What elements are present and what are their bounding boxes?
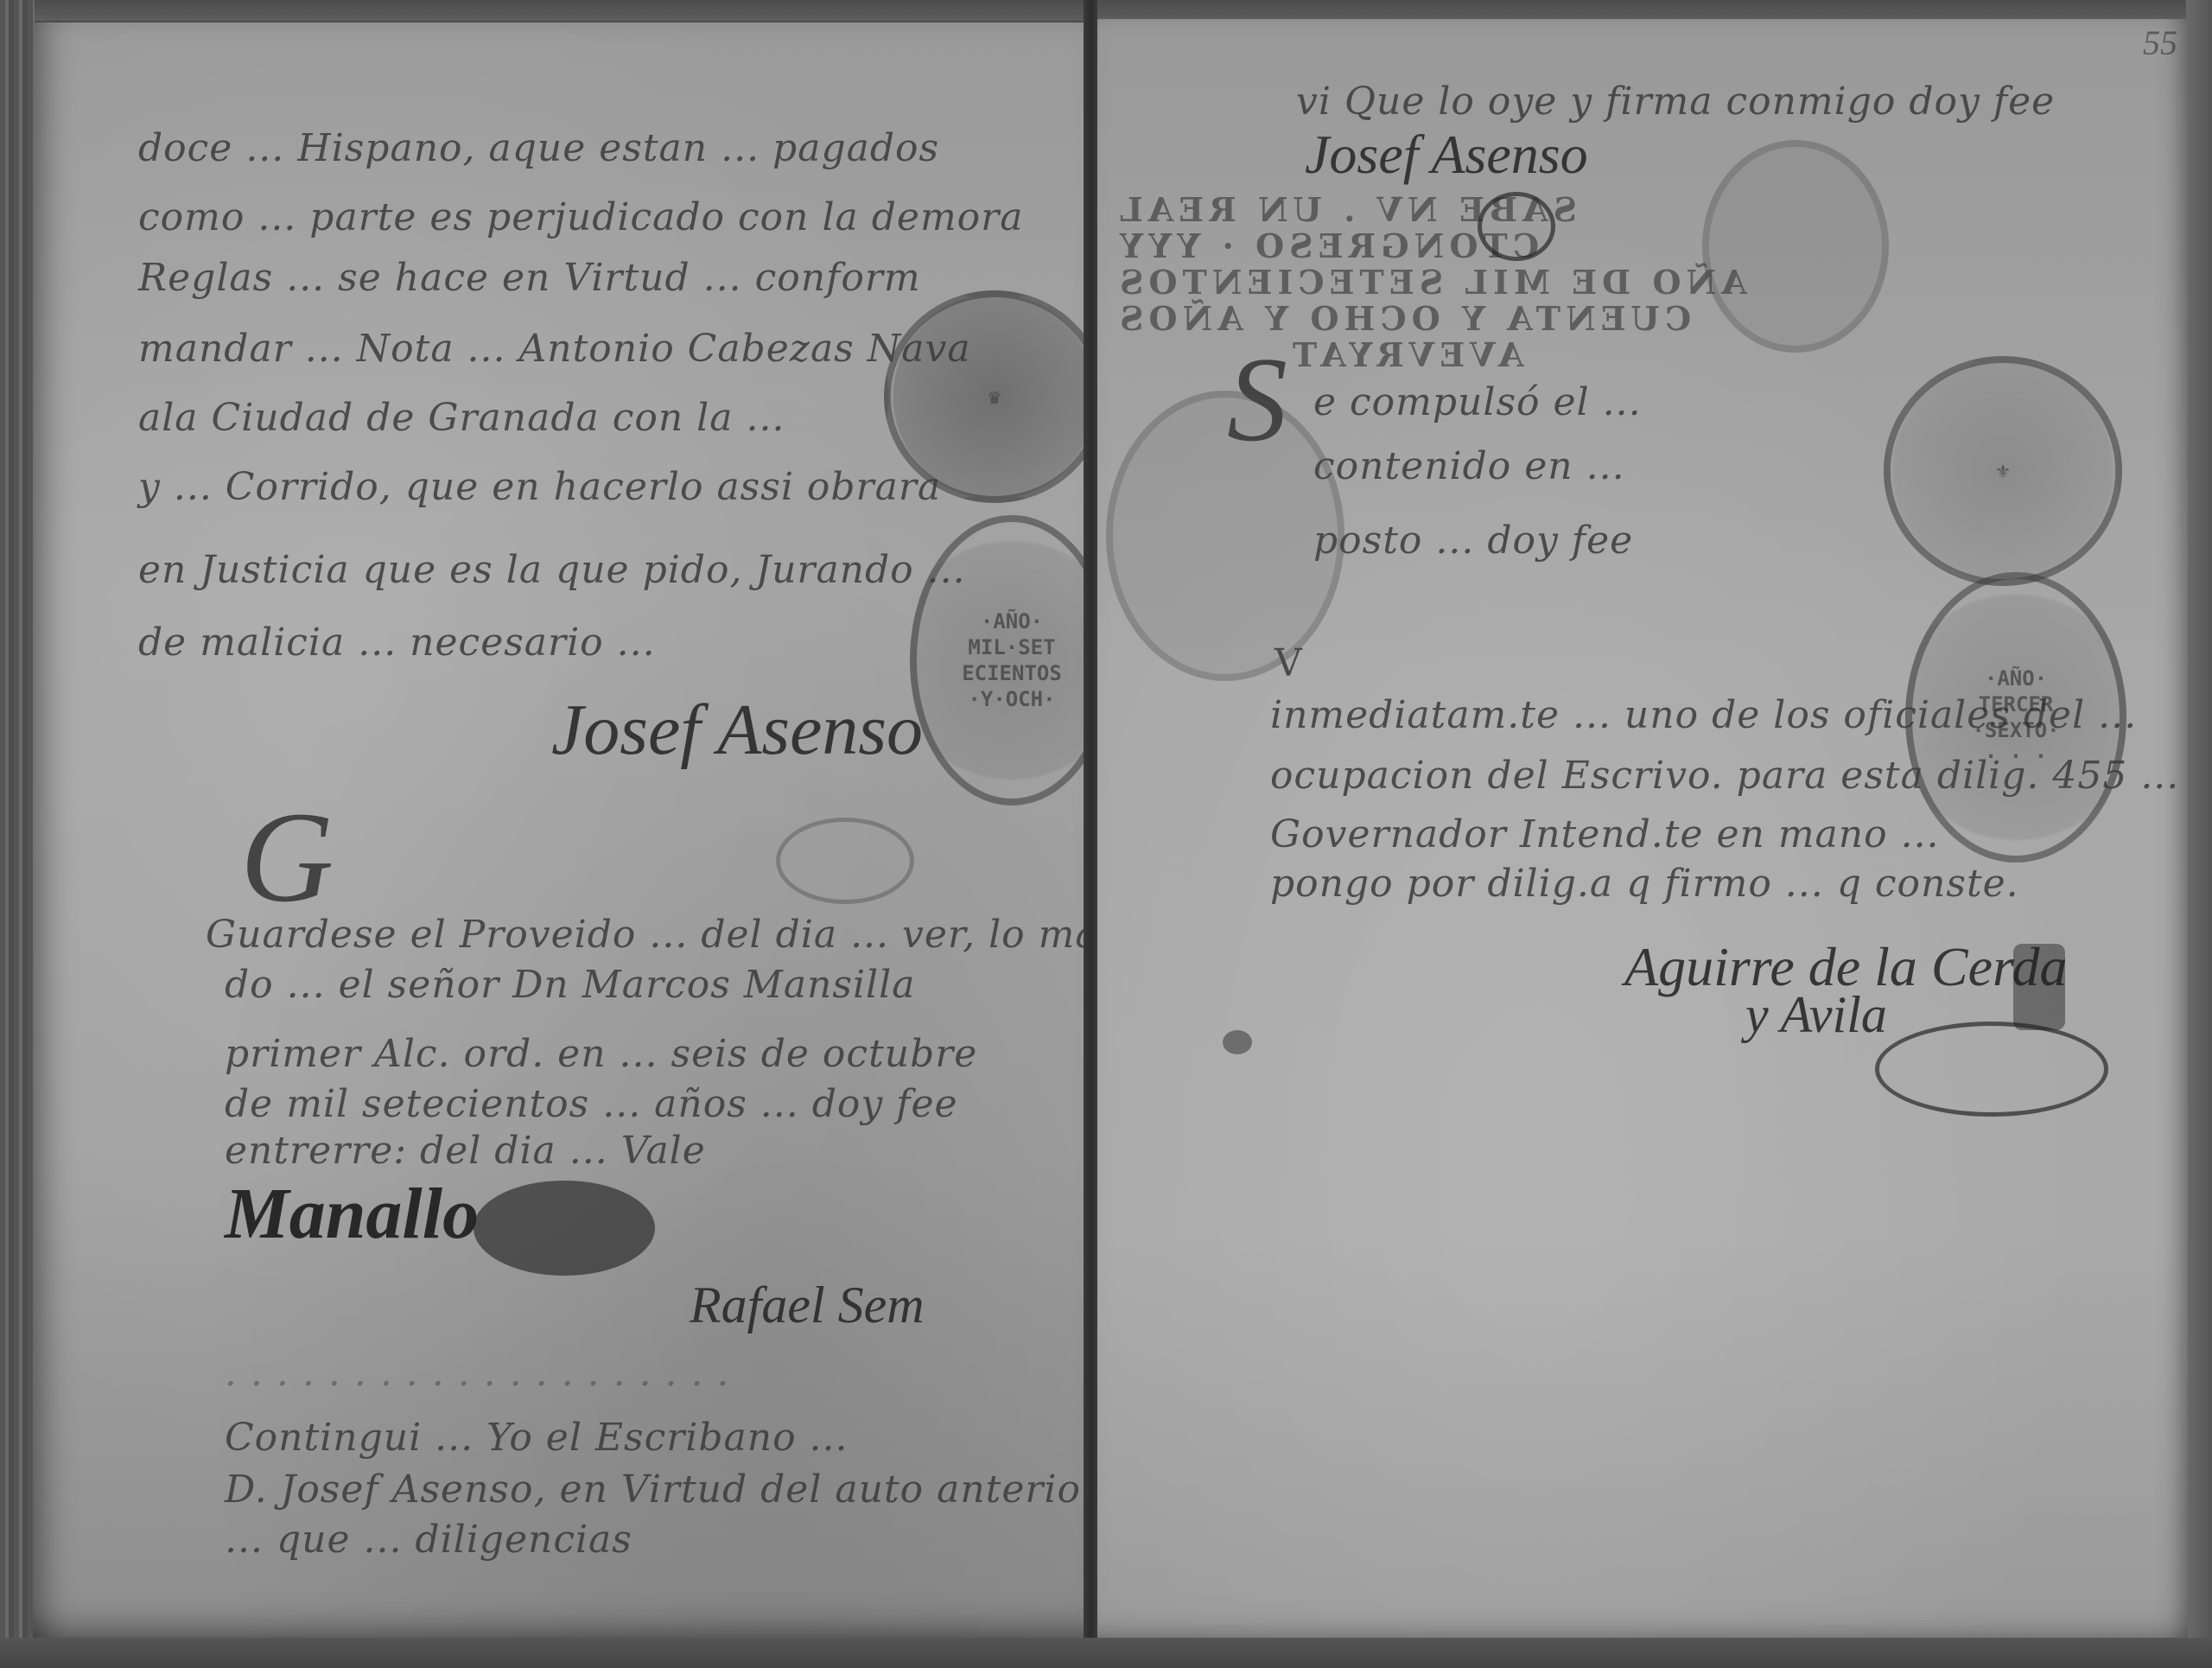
- seal-text-row: ·SEXTO·: [1972, 717, 2059, 743]
- seal-text-row: ·AÑO·: [981, 608, 1043, 634]
- left-line-5: ala Ciudad de Granada con la ...: [138, 396, 785, 440]
- bleedthrough-line: · · · · · · · · · · · · · · · · · · · ·: [225, 1362, 729, 1406]
- lower-line-3: ... que ... diligencias: [225, 1518, 632, 1562]
- seal-ghost-stamp: [1106, 391, 1344, 681]
- page-gutter: [1084, 0, 1097, 1642]
- signature-josef-asenso: Josef Asenso: [551, 688, 923, 772]
- left-edge: [0, 0, 35, 1668]
- bottom-edge: [0, 1638, 2212, 1668]
- page-number: 55: [2143, 22, 2177, 63]
- right-line-7: Governador Intend.te en mano ...: [1270, 812, 1940, 856]
- signature-avila: y Avila: [1745, 985, 1887, 1045]
- seal-text-row: ECIENTOS: [962, 660, 1062, 686]
- right-line-2: e compulsó el ...: [1313, 380, 1642, 424]
- printed-bleedthrough-1: SABE NV . UN REAL: [1115, 190, 1577, 229]
- right-line-1: vi Que lo oye y firma conmigo doy fee: [1296, 80, 2055, 124]
- left-line-6: y ... Corrido, que en hacerlo assi obrar…: [138, 465, 941, 509]
- lower-line-2: D. Josef Asenso, en Virtud del auto ante…: [225, 1467, 1085, 1512]
- decree-line-2: do ... el señor Dn Marcos Mansilla: [225, 963, 915, 1007]
- signature-manallo: Manallo: [225, 1172, 479, 1256]
- right-line-3: contenido en ...: [1313, 444, 1625, 488]
- left-page: doce ... Hispano, aque estan ... pagados…: [33, 22, 1085, 1639]
- decree-line-4: de mil setecientos ... años ... doy fee: [225, 1082, 958, 1126]
- lower-line-1: Contingui ... Yo el Escribano ...: [225, 1416, 849, 1460]
- printed-bleedthrough-2: CTONGRESO · YYY: [1115, 226, 1539, 265]
- seal-round-stamp: ⚜: [1884, 356, 2122, 586]
- right-signature-josef-asenso: Josef Asenso: [1305, 123, 1588, 187]
- decree-line-5: entrerre: del dia ... Vale: [225, 1129, 706, 1173]
- left-line-1: doce ... Hispano, aque estan ... pagados: [138, 126, 939, 170]
- signature-rafael: Rafael Sem: [690, 1276, 925, 1335]
- seal-text-oval-stamp: ·AÑO· TERCER ·SEXTO· · · ·: [1905, 572, 2126, 863]
- left-line-2: como ... parte es perjudicado con la dem…: [138, 195, 1023, 239]
- seal-text-row: ·Y·OCH·: [968, 686, 1055, 712]
- seal-text-row: TERCER: [1979, 691, 2054, 717]
- right-edge: [2186, 0, 2212, 1668]
- decree-line-1: Guardese el Proveido ... del dia ... ver…: [206, 913, 1085, 957]
- right-page: 55 vi Que lo oye y firma conmigo doy fee…: [1097, 19, 2188, 1639]
- signature-flourish: [1875, 1022, 2108, 1117]
- left-line-4: mandar ... Nota ... Antonio Cabezas Nava: [138, 327, 971, 371]
- signature-rubric: [2013, 944, 2065, 1030]
- left-line-3: Reglas ... se hace en Virtud ... conform: [138, 256, 921, 300]
- seal-text-row: · · ·: [1985, 743, 2047, 769]
- ink-blot: [1223, 1030, 1252, 1054]
- signature-rubric: [474, 1181, 655, 1276]
- decorative-initial-g: G: [240, 783, 334, 932]
- scan-background: doce ... Hispano, aque estan ... pagados…: [0, 0, 2212, 1668]
- seal-text-row: MIL·SET: [968, 634, 1055, 660]
- signature-flourish: [776, 818, 914, 904]
- printed-bleedthrough-4: CUENTA Y OCHO Y AÑOS: [1115, 299, 1691, 338]
- left-line-8: de malicia ... necesario ...: [138, 621, 656, 665]
- right-line-8: pongo por dilig.a q firmo ... q conste.: [1270, 862, 2019, 906]
- seal-ghost-stamp-top: [1702, 140, 1889, 353]
- decree-line-3: primer Alc. ord. en ... seis de octubre: [225, 1032, 977, 1076]
- top-edge: [0, 0, 2212, 21]
- seal-text-row: ·AÑO·: [1985, 665, 2047, 691]
- printed-bleedthrough-3: AÑO DE MIL SETECIENTOS: [1115, 263, 1747, 302]
- right-line-4: posto ... doy fee: [1313, 519, 1633, 563]
- left-line-7: en Justicia que es la que pido, Jurando …: [138, 548, 966, 592]
- printed-bleedthrough-5: AVEVRYAT: [1287, 335, 1523, 374]
